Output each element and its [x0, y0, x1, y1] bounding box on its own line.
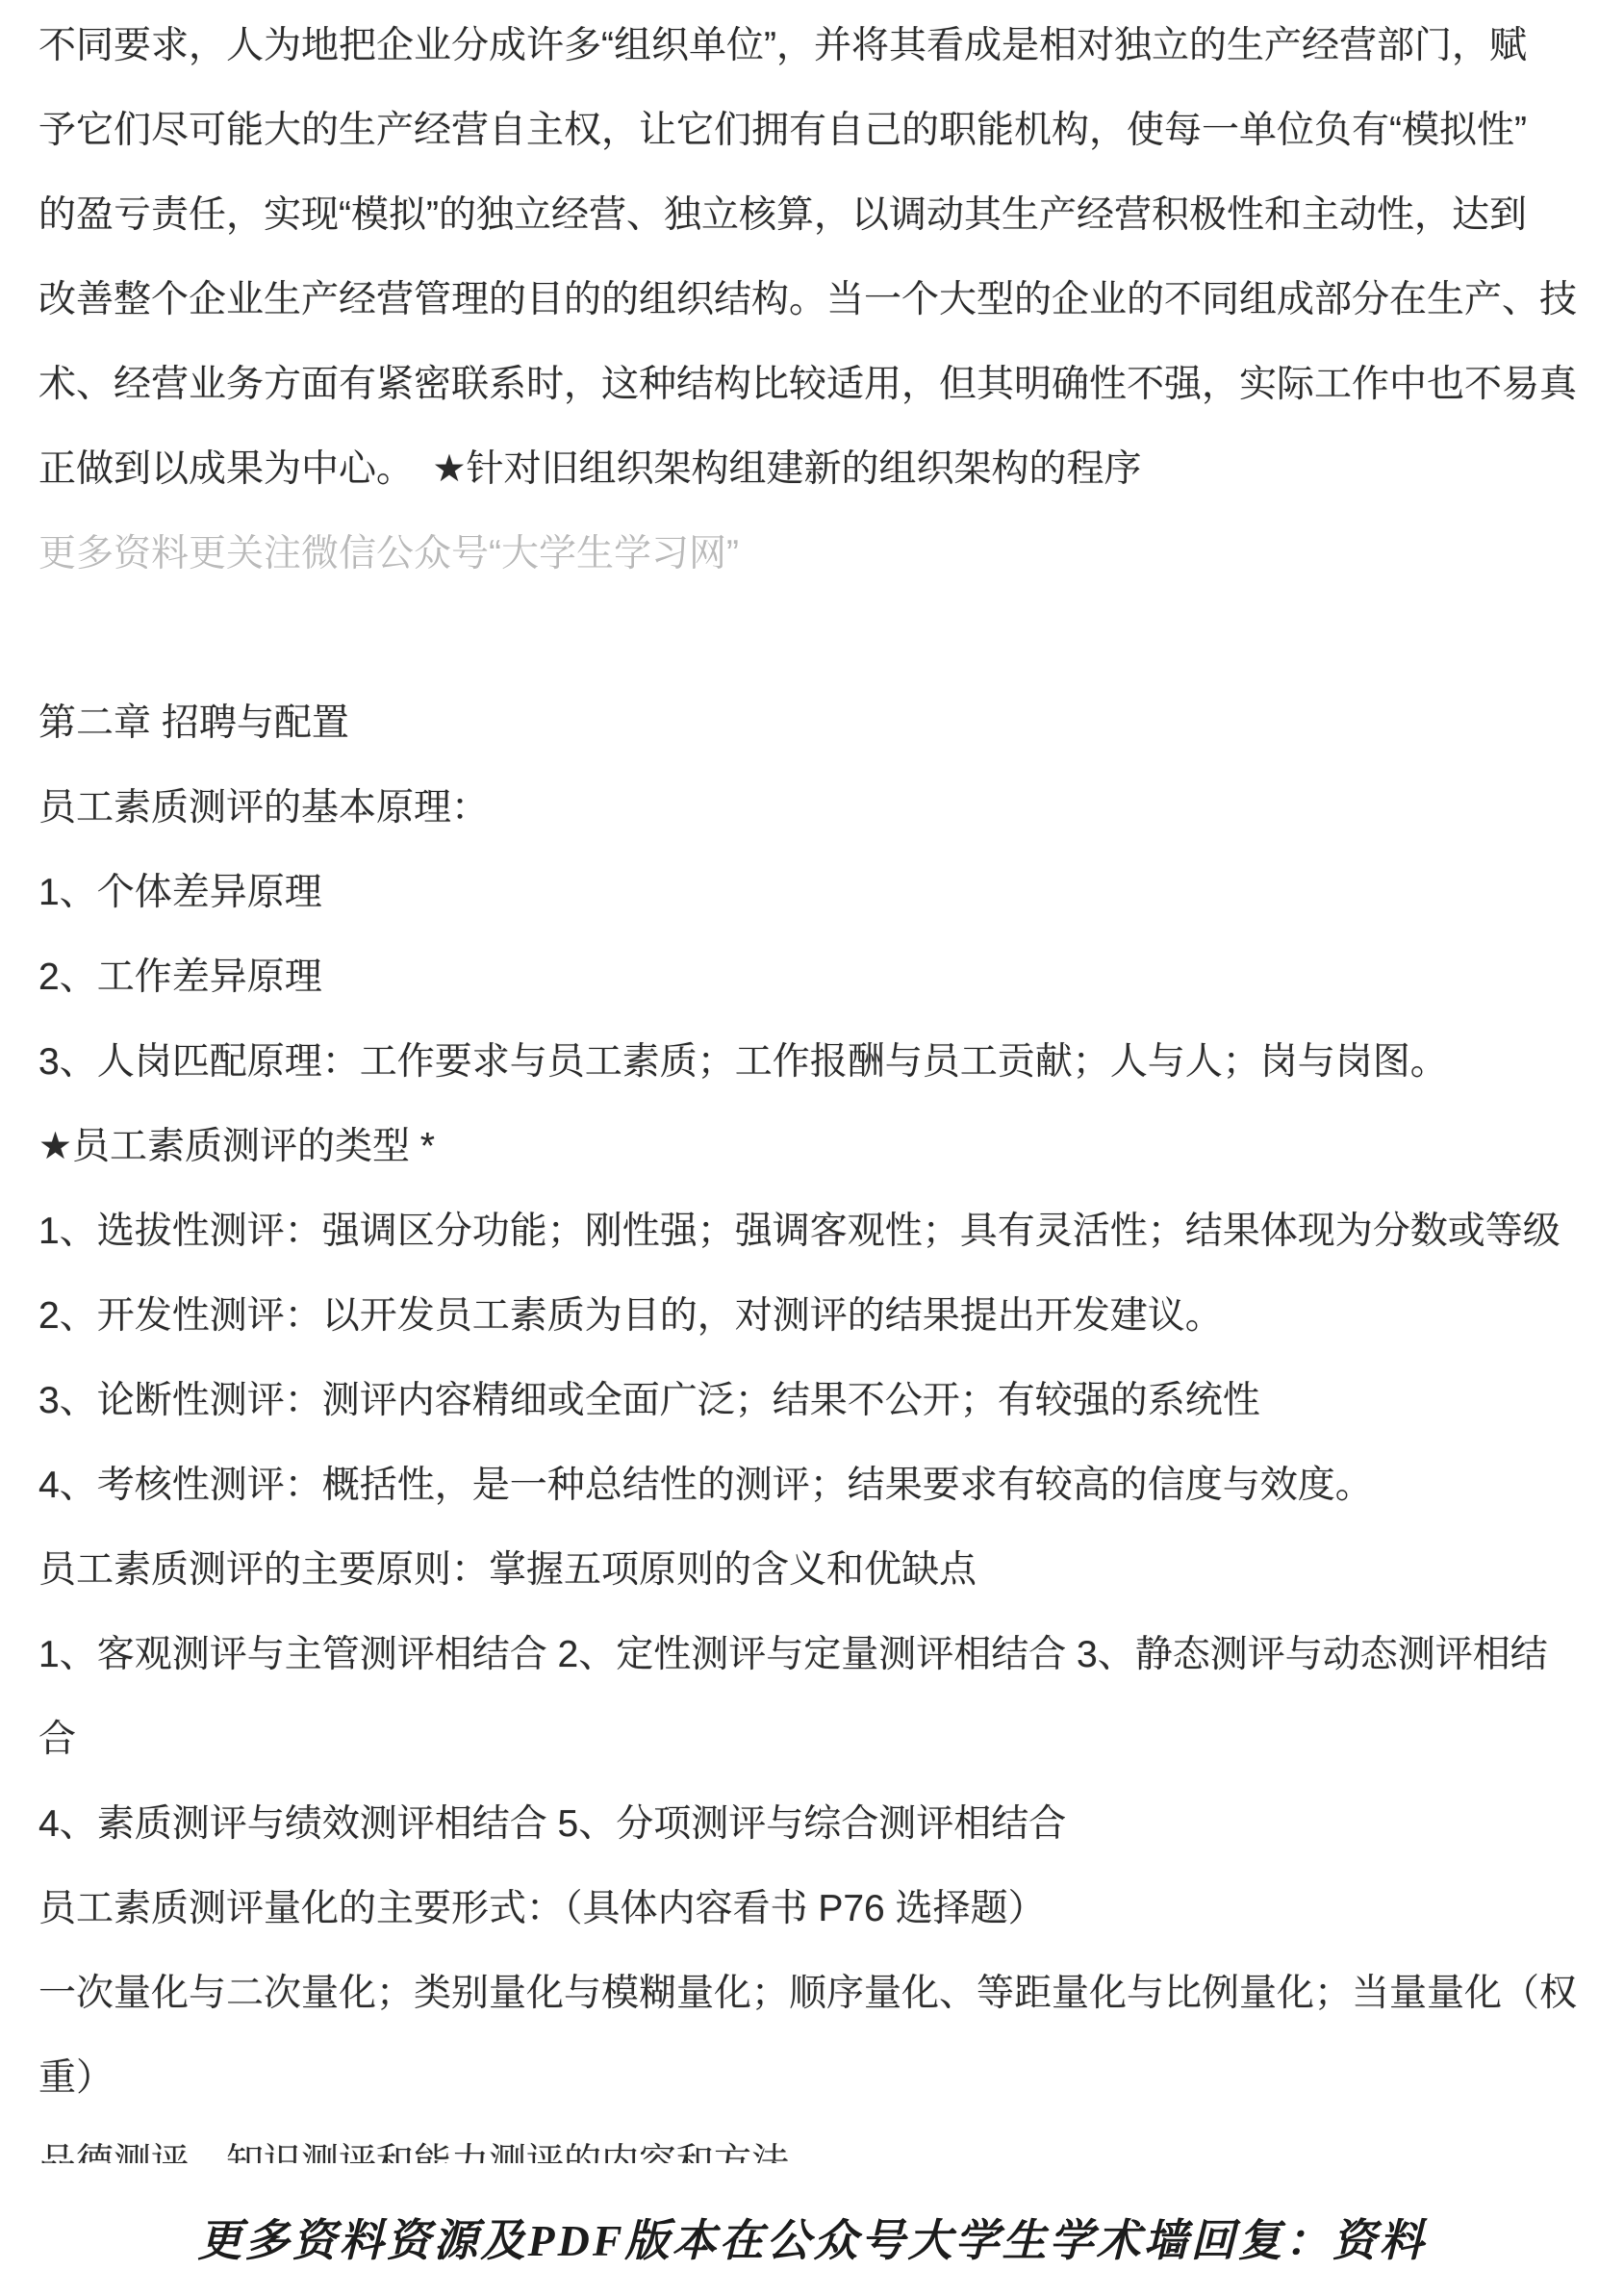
document-content: 不同要求，人为地把企业分成许多“组织单位”，并将其看成是相对独立的生产经营部门，…	[38, 4, 1597, 2206]
paragraph-line: 正做到以成果为中心。 ★针对旧组织架构组建新的组织架构的程序	[38, 427, 1597, 512]
paragraph-line: 的盈亏责任，实现“模拟”的独立经营、独立核算，以调动其生产经营积极性和主动性，达…	[38, 173, 1597, 258]
body-line: 4、考核性测评：概括性，是一种总结性的测评；结果要求有较高的信度与效度。	[38, 1443, 1597, 1528]
chapter-heading: 第二章 招聘与配置	[38, 681, 1597, 766]
body-line: 1、个体差异原理	[38, 851, 1597, 935]
body-line: 重）	[38, 2036, 1597, 2121]
body-line: 员工素质测评的主要原则：掌握五项原则的含义和优缺点	[38, 1528, 1597, 1613]
body-line: 1、选拔性测评：强调区分功能；刚性强；强调客观性；具有灵活性；结果体现为分数或等…	[38, 1189, 1597, 1274]
body-line: 员工素质测评量化的主要形式：（具体内容看书 P76 选择题）	[38, 1867, 1597, 1952]
promo-note: 更多资料更关注微信公众号“大学生学习网”	[38, 512, 1597, 597]
footer-note: 更多资料资源及PDF版本在公众号大学生学术墙回复：资料	[0, 2206, 1624, 2269]
body-line: 2、工作差异原理	[38, 935, 1597, 1020]
paragraph-line: 予它们尽可能大的生产经营自主权，让它们拥有自己的职能机构，使每一单位负有“模拟性…	[38, 89, 1597, 173]
body-line: 员工素质测评的基本原理：	[38, 766, 1597, 851]
body-line: 1、客观测评与主管测评相结合 2、定性测评与定量测评相结合 3、静态测评与动态测…	[38, 1613, 1597, 1697]
blank-line	[38, 597, 1597, 681]
paragraph-line: 术、经营业务方面有紧密联系时，这种结构比较适用，但其明确性不强，实际工作中也不易…	[38, 343, 1597, 427]
body-line: 3、论断性测评：测评内容精细或全面广泛；结果不公开；有较强的系统性	[38, 1359, 1597, 1443]
footer-band: 更多资料资源及PDF版本在公众号大学生学术墙回复：资料	[0, 2163, 1624, 2296]
body-line: ★员工素质测评的类型 *	[38, 1105, 1597, 1189]
body-line: 一次量化与二次量化；类别量化与模糊量化；顺序量化、等距量化与比例量化；当量量化（…	[38, 1952, 1597, 2036]
body-line: 合	[38, 1697, 1597, 1782]
paragraph-line: 不同要求，人为地把企业分成许多“组织单位”，并将其看成是相对独立的生产经营部门，…	[38, 4, 1597, 89]
paragraph-line: 改善整个企业生产经营管理的目的的组织结构。当一个大型的企业的不同组成部分在生产、…	[38, 258, 1597, 343]
body-line: 4、素质测评与绩效测评相结合 5、分项测评与综合测评相结合	[38, 1782, 1597, 1867]
document-page: 不同要求，人为地把企业分成许多“组织单位”，并将其看成是相对独立的生产经营部门，…	[0, 0, 1624, 2296]
body-line: 3、人岗匹配原理：工作要求与员工素质；工作报酬与员工贡献；人与人；岗与岗图。	[38, 1020, 1597, 1105]
body-line: 2、开发性测评：以开发员工素质为目的，对测评的结果提出开发建议。	[38, 1274, 1597, 1359]
